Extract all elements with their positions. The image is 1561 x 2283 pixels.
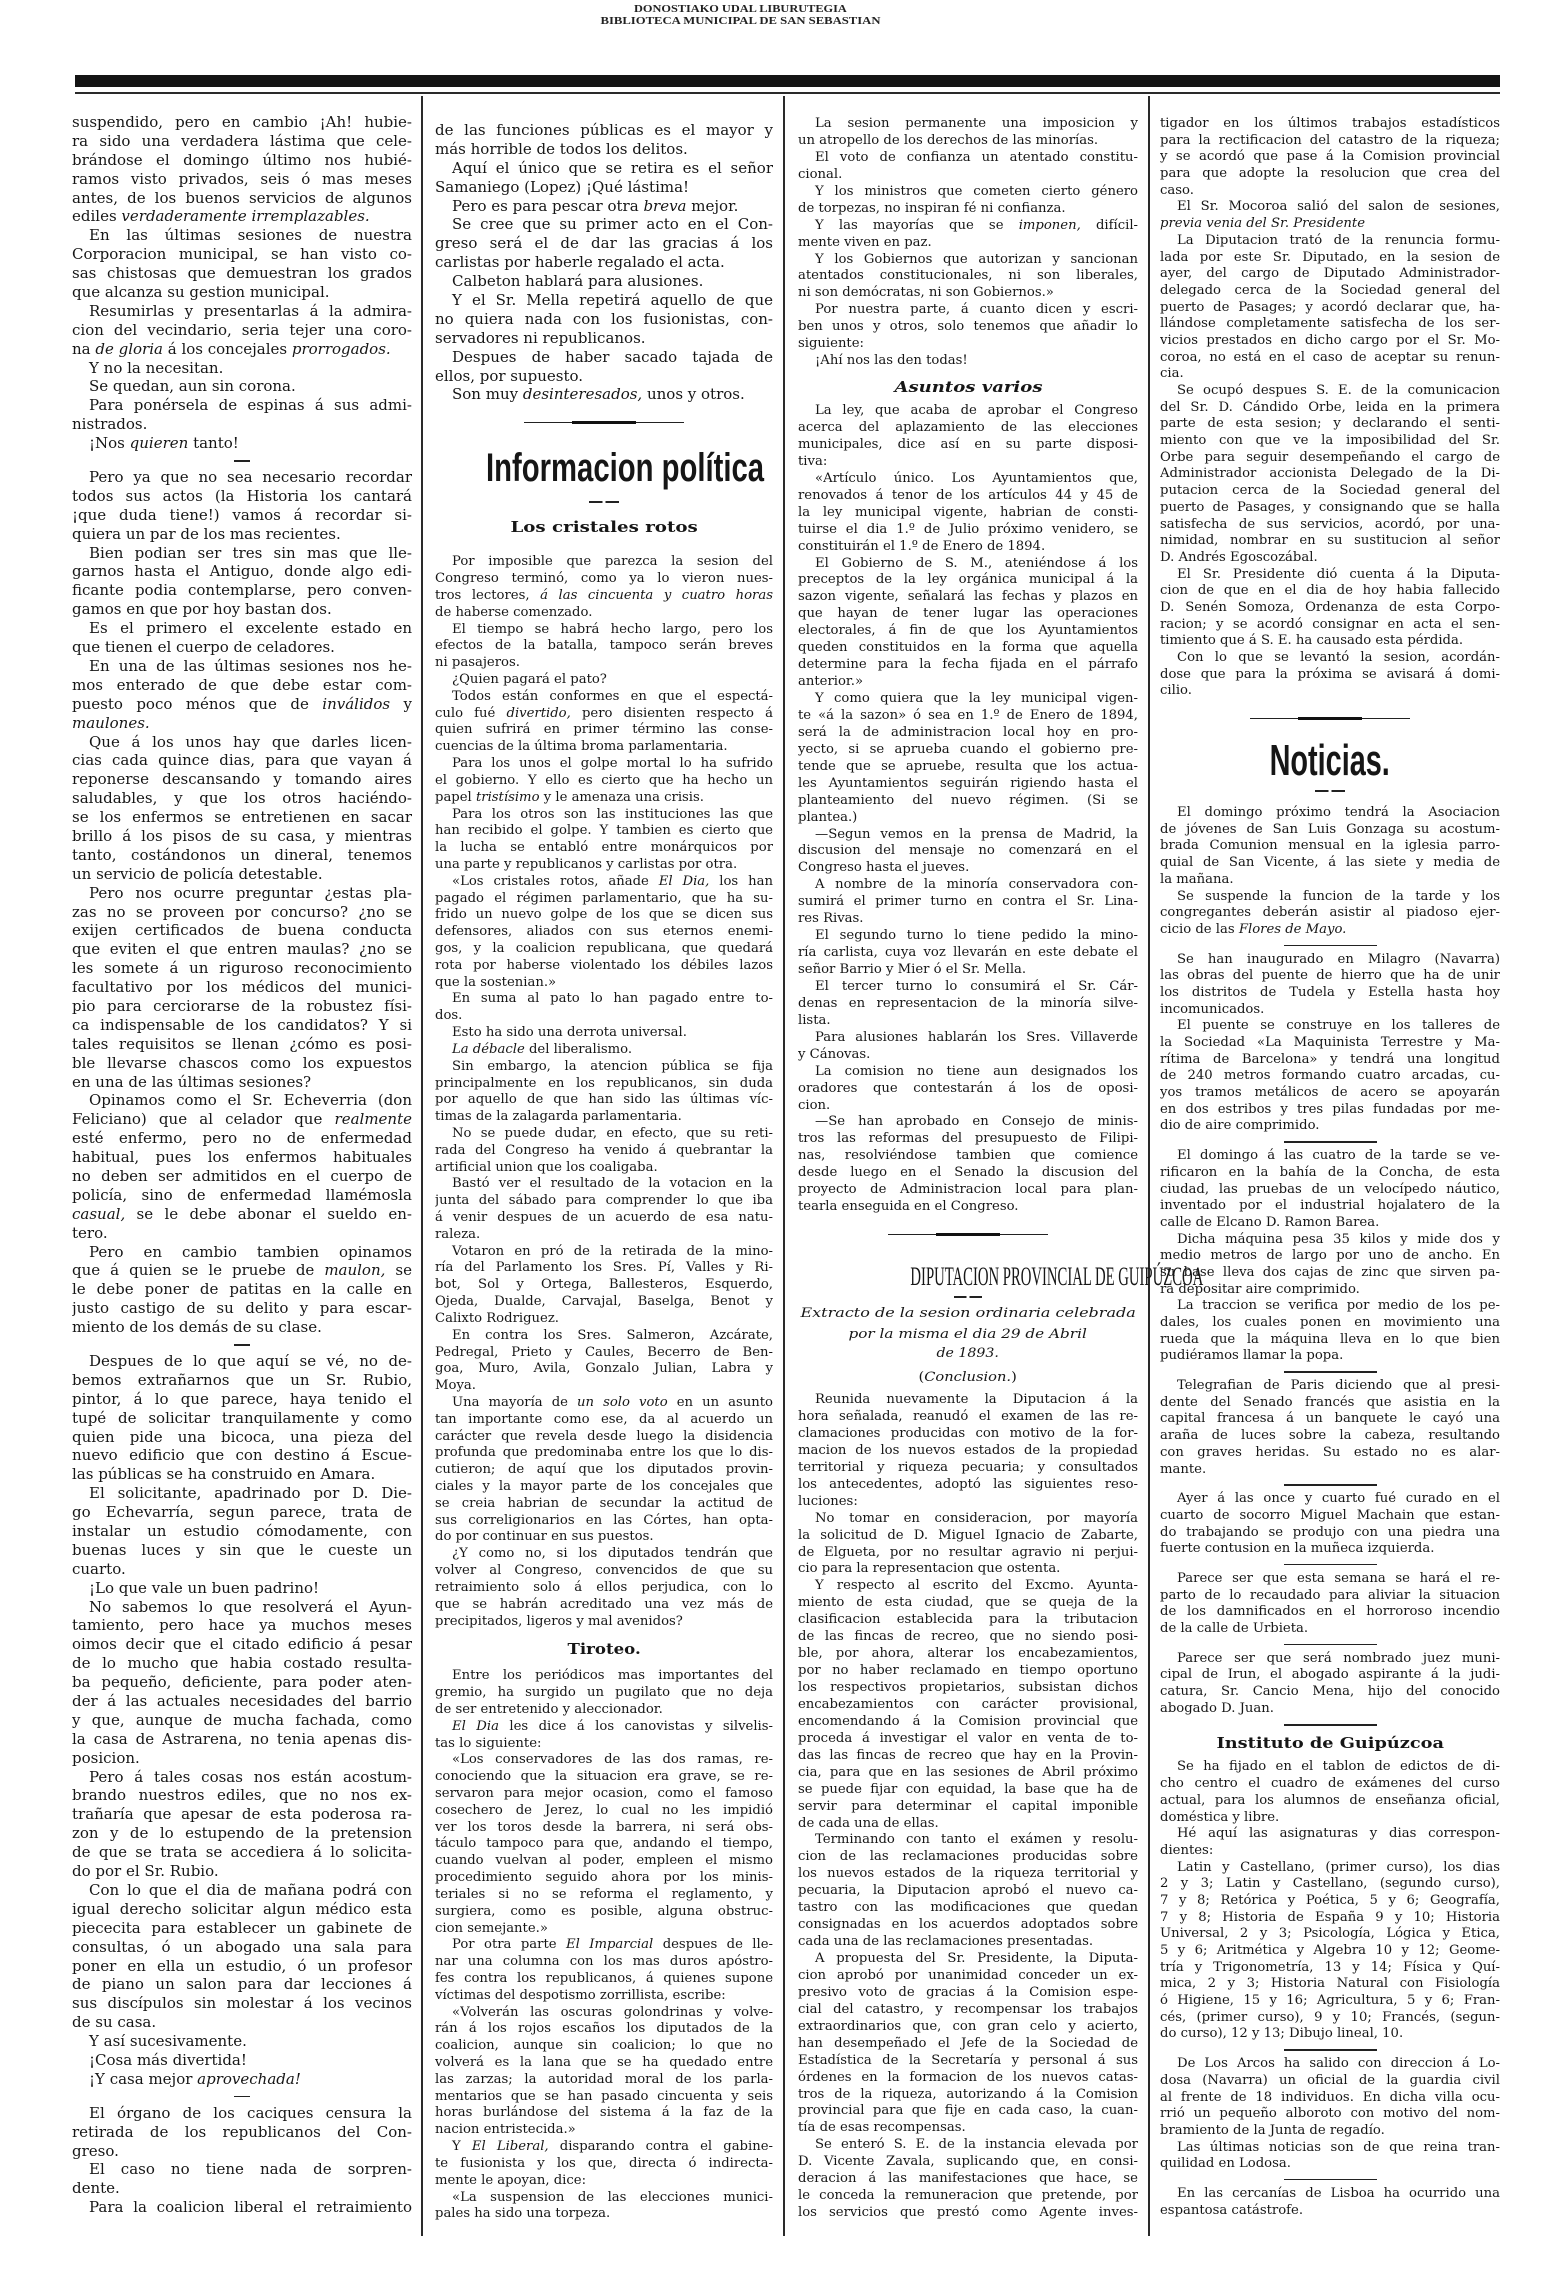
text-line: puesto poco ménos que de inválidos y [72, 695, 412, 714]
section-title: Tiroteo. [435, 1640, 773, 1658]
text-line: Parece ser que será nombrado juez muni- [1160, 1651, 1500, 1668]
text-line: de su casa. [72, 2013, 412, 2032]
text-line: que eviten el que entren maulas? ¿no se [72, 940, 412, 959]
paragraph: Dicha máquina pesa 35 kilos y mide dos y… [1160, 1232, 1500, 1299]
text-line: «Volverán las oscuras golondrinas y volv… [435, 2005, 773, 2022]
paragraph: Pero en cambio tambien opinamosque á qui… [72, 1243, 412, 1337]
text-line: preceptos de la ley orgánica municipal á… [798, 572, 1138, 589]
paragraph: Para ponérsela de espinas á sus admi-nis… [72, 396, 412, 434]
text-line: Entre los periódicos mas importantes del [435, 1668, 773, 1685]
text-line: No tomar en consideracion, por mayoría [798, 1511, 1138, 1528]
text-line: El segundo turno lo tiene pedido la mino… [798, 928, 1138, 945]
column-rule [783, 96, 785, 2236]
text-line: pales ha sido una torpeza. [435, 2206, 773, 2223]
paragraph: Una mayoría de un solo voto en un asunto… [435, 1395, 773, 1546]
section-title-text: Asuntos varios [894, 378, 1042, 396]
divider-line [234, 2096, 250, 2098]
text-line: Y respecto al escrito del Excmo. Ayunta- [798, 1578, 1138, 1595]
text-line: facultativo por los médicos del munici- [72, 978, 412, 997]
text-line: pecuaria, la Diputacion aprobó el nuevo … [798, 1883, 1138, 1900]
text-line: poner en ella un estudio, ó un profesor [72, 1957, 412, 1976]
divider-line [1284, 1644, 1377, 1646]
text-line: ría del Parlamento los Sres. Pí, Valles … [435, 1260, 773, 1277]
paragraph: Pero nos ocurre preguntar ¿estas pla-zas… [72, 884, 412, 1092]
text-line: igual derecho solicitar algun médico est… [72, 1900, 412, 1919]
text-line: dente. [72, 2179, 412, 2198]
text-line: La ley, que acaba de aprobar el Congreso [798, 403, 1138, 420]
text-line: caso. [1160, 183, 1500, 200]
article-column-3: La sesion permanente una imposicion yun … [798, 116, 1138, 2222]
text-line: Orbe para seguir desempeñando el cargo d… [1160, 450, 1500, 467]
text-line: Y El Liberal, disparando contra el gabin… [435, 2139, 773, 2156]
text-line: que se habrán acreditado una vez más de [435, 1597, 773, 1614]
text-line: oradores que contestarán á los de oposi- [798, 1081, 1138, 1098]
paragraph: Es el primero el excelente estado enque … [72, 619, 412, 657]
text-line: satisfecha de sus servicios, acordó, por… [1160, 517, 1500, 534]
section-title-text: Noticias. [1270, 738, 1390, 784]
text-line: Pero ya que no sea necesario recordar [72, 468, 412, 487]
text-line: que alcanza su gestion municipal. [72, 283, 412, 302]
text-line: casual, se le debe abonar el sueldo en- [72, 1205, 412, 1224]
text-line: espantosa catástrofe. [1160, 2203, 1500, 2220]
divider-line [1284, 1484, 1377, 1486]
text-line: le debe poner de patitas en la calle en [72, 1280, 412, 1299]
text-line: Son muy desinteresados, unos y otros. [435, 385, 773, 404]
text-line: servir para determinar el capital imponi… [798, 1799, 1138, 1816]
text-line: consultas, ó un abogado una sala para [72, 1938, 412, 1957]
text-line: Congreso terminó, como ya lo vieron nues… [435, 571, 773, 588]
text-line: timiento que á S. E. ha causado esta pér… [1160, 633, 1500, 650]
text-line: Pero en cambio tambien opinamos [72, 1243, 412, 1262]
paragraph: El Dia les dice á los canovistas y silve… [435, 1719, 773, 1753]
text-line: Bien podian ser tres sin mas que lle- [72, 544, 412, 563]
text-line: araña de luces sobre la cabeza, resultan… [1160, 1428, 1500, 1445]
text-line: ¡Cosa más divertida! [72, 2051, 412, 2070]
section-heading: Asuntos varios [798, 370, 1138, 403]
paragraph: ¡Nos quieren tanto! [72, 434, 412, 453]
text-line: Bastó ver el resultado de la votacion en… [435, 1176, 773, 1193]
text-line: rítima de Barcelona» y tendrá una longit… [1160, 1052, 1500, 1069]
text-line: ayer, del cargo de Diputado Administrado… [1160, 266, 1500, 283]
text-line: será la de administracion local hoy en p… [798, 725, 1138, 742]
divider-line [1284, 2049, 1377, 2051]
text-line: los servicios que prestó como Agente inv… [798, 2205, 1138, 2222]
text-line: no quiera nada con los fusionistas, con- [435, 310, 773, 329]
paragraph: Entre los periódicos mas importantes del… [435, 1668, 773, 1718]
text-line: órdenes en la formacion de los nuevos ca… [798, 2070, 1138, 2087]
paragraph: No tomar en consideracion, por mayoríala… [798, 1511, 1138, 1579]
paragraph: El tercer turno lo consumirá el Sr. Cár-… [798, 979, 1138, 1030]
divider [72, 453, 412, 468]
text-line: tros las reformas del presupuesto de Fil… [798, 1131, 1138, 1148]
paragraph: En suma al pato lo han pagado entre to-d… [435, 991, 773, 1025]
paragraph: «Los conservadores de las dos ramas, re-… [435, 1752, 773, 1937]
deck-line-text: por la misma el dia 29 de Abril [849, 1325, 1087, 1344]
text-line: nistrados. [72, 415, 412, 434]
text-line: El domingo próximo tendrá la Asociacion [1160, 805, 1500, 822]
newspaper-page: DONOSTIAKO UDAL LIBURUTEGIA BIBLIOTECA M… [0, 0, 1561, 2283]
text-line: Se han inaugurado en Milagro (Navarra) [1160, 952, 1500, 969]
text-line: pudiéramos llamar la popa. [1160, 1348, 1500, 1365]
text-line: justo castigo de su delito y para escar- [72, 1299, 412, 1318]
text-line: Para la coalicion liberal el retraimient… [72, 2198, 412, 2217]
text-line: Para alusiones hablarán los Sres. Villav… [798, 1030, 1138, 1047]
text-line: zon y de lo estupendo de la pretension [72, 1824, 412, 1843]
divider [1160, 2043, 1500, 2056]
text-line: Dicha máquina pesa 35 kilos y mide dos y [1160, 1232, 1500, 1249]
text-line: gos, y la coalicion republicana, que que… [435, 941, 773, 958]
text-line: calle de Elcano D. Ramon Barea. [1160, 1215, 1500, 1232]
text-line: 5 y 6; Aritmética y Algebra 10 y 12; Geo… [1160, 1943, 1500, 1960]
paragraph: —Segun vemos en la prensa de Madrid, lad… [798, 827, 1138, 878]
paragraph: El domingo próximo tendrá la Asociaciond… [1160, 805, 1500, 888]
text-line: la Sociedad «La Maquinista Terrestre y M… [1160, 1035, 1500, 1052]
section-heading: DIPUTACION PROVINCIAL DE GUIPÚZCOAExtrac… [798, 1216, 1138, 1392]
paragraph: El tiempo se habrá hecho largo, pero los… [435, 622, 773, 672]
paragraph: Se quedan, aun sin corona. [72, 377, 412, 396]
text-line: piececita para establecer un gabinete de [72, 1919, 412, 1938]
paragraph: Despues de lo que aquí se vé, no de-bemo… [72, 1352, 412, 1484]
text-line: miento de esta ciudad, que se queja de l… [798, 1595, 1138, 1612]
text-line: clamaciones producidas con motivo de la … [798, 1426, 1138, 1443]
text-line: Ojeda, Dualde, Carvajal, Baselga, Benot … [435, 1294, 773, 1311]
text-line: le conceda la remuneracion que pretende,… [798, 2188, 1138, 2205]
paragraph: Parece ser que esta semana se hará el re… [1160, 1571, 1500, 1638]
text-line: Una mayoría de un solo voto en un asunto [435, 1395, 773, 1412]
text-line: de piano un salon para dar lecciones á [72, 1975, 412, 1994]
divider-line [234, 1344, 250, 1346]
text-line: en una de las últimas sesiones? [72, 1073, 412, 1092]
section-title-text: Informacion política [486, 446, 764, 490]
divider-line [1284, 1371, 1377, 1373]
text-line: No se puede dudar, en efecto, que su ret… [435, 1126, 773, 1143]
text-line: Latin y Castellano, (primer curso), los … [1160, 1860, 1500, 1877]
text-line: previa venia del Sr. Presidente [1160, 216, 1500, 233]
section-heading: Tiroteo. [435, 1630, 773, 1668]
text-line: Ayer á las once y cuarto fué curado en e… [1160, 1491, 1500, 1508]
text-line: bot, Sol y Ortega, Ballesteros, Esquerdo… [435, 1277, 773, 1294]
text-line: cosechero de Jerez, lo cual no les impid… [435, 1803, 773, 1820]
text-line: Administrador accionista Delegado de la … [1160, 466, 1500, 483]
text-line: ¡Ahí nos las den todas! [798, 353, 1138, 370]
text-line: En las cercanías de Lisboa ha ocurrido u… [1160, 2186, 1500, 2203]
text-line: Para ponérsela de espinas á sus admi- [72, 396, 412, 415]
text-line: plantea.) [798, 810, 1138, 827]
text-line: quien pide una bicoca, una pieza del [72, 1428, 412, 1447]
text-line: Estadística de la Secretaría y personal … [798, 2053, 1138, 2070]
paragraph: Se enteró S. E. de la instancia elevada … [798, 2137, 1138, 2222]
text-line: han recibido el golpe. Y tambien es cier… [435, 823, 773, 840]
text-line: los nuevos estados de la riqueza territo… [798, 1866, 1138, 1883]
text-line: gremio, ha surgido un pugilato que no de… [435, 1685, 773, 1702]
text-line: ¿Quien pagará el pato? [435, 672, 773, 689]
section-title-text: Tiroteo. [567, 1640, 640, 1658]
text-line: todos sus actos (la Historia los cantará [72, 487, 412, 506]
text-line: tas lo siguiente: [435, 1736, 773, 1753]
text-line: La traccion se verifica por medio de los… [1160, 1298, 1500, 1315]
text-line: nacion entristecida.» [435, 2122, 773, 2139]
text-line: los antecedentes, adoptó las siguientes … [798, 1477, 1138, 1494]
text-line: El Gobierno de S. M., ateniéndose á los [798, 556, 1138, 573]
paragraph: ¡Lo que vale un buen padrino! [72, 1579, 412, 1598]
text-line: No sabemos lo que resolverá el Ayun- [72, 1598, 412, 1617]
text-line: mente viven en paz. [798, 235, 1138, 252]
text-line: les Ayuntamientos seguirán rigiendo hast… [798, 776, 1138, 793]
text-line: de que se trata se accediera á lo solici… [72, 1843, 412, 1862]
section-title-text: Instituto de Guipúzcoa [1216, 1734, 1443, 1752]
text-line: Congreso hasta el jueves. [798, 860, 1138, 877]
text-line: oimos decir que el citado edificio á pes… [72, 1635, 412, 1654]
stamp-line-2: BIBLIOTECA MUNICIPAL DE SAN SEBASTIAN [540, 16, 940, 28]
text-line: D. Senén Somoza, Ordenanza de esta Corpo… [1160, 600, 1500, 617]
text-line: El caso no tiene nada de sorpren- [72, 2160, 412, 2179]
text-line: frido un nuevo golpe de los que se dicen… [435, 907, 773, 924]
text-line: ni son demócratas, ni son Gobiernos.» [798, 285, 1138, 302]
short-rule [954, 1296, 982, 1298]
text-line: Calixto Rodriguez. [435, 1311, 773, 1328]
text-line: ramos visto privados, seis ó mas meses [72, 170, 412, 189]
text-line: raleza. [435, 1227, 773, 1244]
text-line: Votaron en pró de la retirada de la mino… [435, 1244, 773, 1261]
section-heading: Noticias. [1160, 700, 1500, 805]
text-line: por aquello de que han sido las últimas … [435, 1092, 773, 1109]
text-line: ble llevarse chascos como los expuestos [72, 1054, 412, 1073]
paragraph: Calbeton hablará para alusiones. [435, 272, 773, 291]
divider-line [1284, 1141, 1377, 1143]
text-line: del Sr. D. Cándido Orbe, leida en la pri… [1160, 400, 1500, 417]
text-line: ciales y la mayor parte de los concejale… [435, 1479, 773, 1496]
text-line: Pero es para pescar otra breva mejor. [435, 197, 773, 216]
text-line: siguiente: [798, 336, 1138, 353]
text-line: más horrible de todos los delitos. [435, 140, 773, 159]
text-line: medio metros de largo por uno de ancho. … [1160, 1248, 1500, 1265]
text-line: dos. [435, 1008, 773, 1025]
text-line: nas, resolviéndose tambien que comience [798, 1148, 1138, 1165]
paragraph: No sabemos lo que resolverá el Ayun-tami… [72, 1598, 412, 1768]
section-heading: Instituto de Guipúzcoa [1160, 1717, 1500, 1759]
paragraph: ¡Y casa mejor aprovechada! [72, 2070, 412, 2089]
text-line: En contra los Sres. Salmeron, Azcárate, [435, 1328, 773, 1345]
text-line: Esto ha sido una derrota universal. [435, 1025, 773, 1042]
text-line: parto de lo recaudado para aliviar la si… [1160, 1588, 1500, 1605]
text-line: vicios prestados en dicho cargo por el S… [1160, 333, 1500, 350]
column-rule [421, 96, 423, 2236]
text-line: incomunicados. [1160, 1002, 1500, 1019]
text-line: ca indispensable de los candidatos? Y si [72, 1016, 412, 1035]
text-line: «Los conservadores de las dos ramas, re- [435, 1752, 773, 1769]
text-line: pintor, á lo que parece, haya tenido el [72, 1390, 412, 1409]
text-line: esté enfermo, pero no de enfermedad [72, 1129, 412, 1148]
text-line: encabezamientos con carácter provisional… [798, 1697, 1138, 1714]
paragraph: ¡Cosa más divertida! [72, 2051, 412, 2070]
text-line: clasificacion establecida para la tribut… [798, 1612, 1138, 1629]
text-line: ficante podia contemplarse, pero conven- [72, 581, 412, 600]
paragraph: Sin embargo, la atencion pública se fija… [435, 1059, 773, 1126]
text-line: Aquí el único que se retira es el señor [435, 159, 773, 178]
text-line: tía de esas recompensas. [798, 2120, 1138, 2137]
text-line: rán á los rojos escaños los diputados de… [435, 2021, 773, 2038]
text-line: A propuesta del Sr. Presidente, la Diput… [798, 1951, 1138, 1968]
text-line: yecto, si se aprueba cuando el gobierno … [798, 742, 1138, 759]
text-line: con graves heridas. Su estado no es alar… [1160, 1445, 1500, 1462]
paragraph: El Gobierno de S. M., ateniéndose á losp… [798, 556, 1138, 692]
ornament-rule [1284, 1724, 1377, 1726]
text-line: Pero nos ocurre preguntar ¿estas pla- [72, 884, 412, 903]
paragraph: Por nuestra parte, á cuanto dicen y escr… [798, 302, 1138, 353]
text-line: tamiento, pero hace ya muchos meses [72, 1616, 412, 1635]
text-line: ¡Lo que vale un buen padrino! [72, 1579, 412, 1598]
divider-line [1284, 1564, 1377, 1566]
text-line: Despues de haber sacado tajada de [435, 348, 773, 367]
text-line: habitual, pues los enfermos habituales [72, 1148, 412, 1167]
text-line: delegado cerca de la Sociedad general de… [1160, 283, 1500, 300]
text-line: cipal de Irun, el abogado aspirante á la… [1160, 1667, 1500, 1684]
text-line: lista. [798, 1013, 1138, 1030]
text-line: goa, Muro, Avila, Gonzalo Julian, Labra … [435, 1361, 773, 1378]
text-line: cés, (primer curso), 9 y 10; Francés, (s… [1160, 2010, 1500, 2027]
text-line: te «á la sazon» ó sea en 1.º de Enero de… [798, 708, 1138, 725]
text-line: Y las mayorías que se imponen, difícil- [798, 218, 1138, 235]
text-line: greso. [72, 2142, 412, 2161]
text-line: Y los Gobiernos que autorizan y sanciona… [798, 252, 1138, 269]
text-line: macion de los nuevos estados de la propi… [798, 1443, 1138, 1460]
paragraph: Esto ha sido una derrota universal. [435, 1025, 773, 1042]
text-line: dente del Senado francés que asistia en … [1160, 1395, 1500, 1412]
text-line: surgiera, como es posible, alguna obstru… [435, 1904, 773, 1921]
paragraph: Opinamos como el Sr. Echeverria (donFeli… [72, 1091, 412, 1242]
text-line: abogado D. Juan. [1160, 1701, 1500, 1718]
text-line: 7 y 8; Historia de España 9 y 10; Histor… [1160, 1910, 1500, 1927]
text-line: de ser entretenido y aleccionador. [435, 1702, 773, 1719]
paragraph: Y los ministros que cometen cierto géner… [798, 184, 1138, 218]
divider [1160, 1135, 1500, 1148]
text-line: cial del catastro, y recompensar los tra… [798, 2002, 1138, 2019]
text-line: El domingo á las cuatro de la tarde se v… [1160, 1148, 1500, 1165]
text-line: Se suspende la funcion de la tarde y los [1160, 889, 1500, 906]
text-line: dose que para la próxima se avisará á do… [1160, 667, 1500, 684]
paragraph: Pero ya que no sea necesario recordartod… [72, 468, 412, 544]
text-line: go Echevarría, segun parece, trata de [72, 1503, 412, 1522]
text-line: «Los cristales rotos, añade El Dia, los … [435, 874, 773, 891]
text-line: saludables, y que los otros haciéndo- [72, 789, 412, 808]
text-line: las públicas se ha construido en Amara. [72, 1465, 412, 1484]
text-line: una parte y republicanos y carlistas por… [435, 857, 773, 874]
paragraph: En las cercanías de Lisboa ha ocurrido u… [1160, 2186, 1500, 2219]
text-line: de la calle de Urbieta. [1160, 1621, 1500, 1638]
text-line: discusion del mensaje no comenzará en el [798, 843, 1138, 860]
text-line: tiva: [798, 454, 1138, 471]
text-line: volverá es la lana que se ha quedado ent… [435, 2055, 773, 2072]
paragraph: La Diputacion trató de la renuncia formu… [1160, 233, 1500, 383]
divider [1160, 939, 1500, 952]
text-line: ó Higiene, 15 y 16; Agricultura, 5 y 6; … [1160, 1993, 1500, 2010]
text-line: mente le apoyan, dice: [435, 2173, 773, 2190]
text-line: na de gloria á los concejales prorrogado… [72, 340, 412, 359]
paragraph: Se suspende la funcion de la tarde y los… [1160, 889, 1500, 939]
text-line: Pedregal, Prieto y Caules, Becerro de Be… [435, 1345, 773, 1362]
text-line: Corporacion municipal, se han visto co- [72, 245, 412, 264]
paragraph: «La suspension de las elecciones munici-… [435, 2190, 773, 2224]
text-line: de torpezas, no inspiran fé ni confianza… [798, 201, 1138, 218]
divider [72, 1337, 412, 1352]
text-line: En suma al pato lo han pagado entre to- [435, 991, 773, 1008]
divider [1160, 2173, 1500, 2186]
deck-line-text: de 1893. [937, 1344, 999, 1363]
paragraph: Por otra parte El Imparcial despues de l… [435, 1937, 773, 2004]
paragraph: En una de las últimas sesiones nos he-mo… [72, 657, 412, 733]
text-line: El puente se construye en los talleres d… [1160, 1018, 1500, 1035]
text-line: Opinamos como el Sr. Echeverria (don [72, 1091, 412, 1110]
text-line: brillo á los pisos de su casa, y mientra… [72, 827, 412, 846]
text-line: sus correligionarios en las Córtes, han … [435, 1513, 773, 1530]
text-line: se los enfermos se entretienen en sacar [72, 808, 412, 827]
text-line: al frente de 18 individuos. En dicha vil… [1160, 2090, 1500, 2107]
text-line: Con lo que se levantó la sesion, acordán… [1160, 650, 1500, 667]
paragraph: El puente se construye en los talleres d… [1160, 1018, 1500, 1135]
paragraph: La ley, que acaba de aprobar el Congreso… [798, 403, 1138, 471]
text-line: te fusionista y los que, directa ó indir… [435, 2156, 773, 2173]
deck-line: de 1893. [798, 1344, 1138, 1363]
paragraph: Con lo que el dia de mañana podrá conigu… [72, 1881, 412, 2032]
deck-line: por la misma el dia 29 de Abril [798, 1325, 1138, 1344]
paragraph: El domingo á las cuatro de la tarde se v… [1160, 1148, 1500, 1231]
text-line: de las fincas de recreo, que no siendo p… [798, 1629, 1138, 1646]
ornament-rule [1250, 717, 1410, 720]
text-line: volver al Congreso, convencidos de que s… [435, 1563, 773, 1580]
paragraph: Ayer á las once y cuarto fué curado en e… [1160, 1491, 1500, 1558]
paragraph: Aquí el único que se retira es el señorS… [435, 159, 773, 197]
divider [72, 2089, 412, 2104]
text-line: La débacle del liberalismo. [435, 1042, 773, 1059]
paragraph: No se puede dudar, en efecto, que su ret… [435, 1126, 773, 1176]
text-line: trañaría que apesar de esta poderosa ra- [72, 1805, 412, 1824]
paragraph: Bien podian ser tres sin mas que lle-gar… [72, 544, 412, 620]
text-line: 7 y 8; Retórica y Poética, 5 y 6; Geogra… [1160, 1893, 1500, 1910]
paragraph: Se cree que su primer acto en el Con-gre… [435, 215, 773, 272]
text-line: sumirá el primer turno en contra el Sr. … [798, 894, 1138, 911]
text-line: á venir despues de un acuerdo de esa nat… [435, 1210, 773, 1227]
paragraph: ¿Y como no, si los diputados tendrán que… [435, 1546, 773, 1630]
text-line: coroa, no está en el caso de aceptar su … [1160, 350, 1500, 367]
text-line: reponerse descansando y tomando aires [72, 770, 412, 789]
text-line: Y no la necesitan. [72, 359, 412, 378]
text-line: De Los Arcos ha salido con direccion á L… [1160, 2056, 1500, 2073]
section-title: Noticias. [1160, 738, 1500, 784]
text-line: servaron para mejor ocasion, como el fam… [435, 1786, 773, 1803]
text-line: actual, para los alumnos de enseñanza of… [1160, 1793, 1500, 1810]
text-line: cion de las reclamaciones producidas sob… [798, 1849, 1138, 1866]
paragraph: Despues de haber sacado tajada deellos, … [435, 348, 773, 386]
text-line: lada por este Sr. Diputado, en la sesion… [1160, 250, 1500, 267]
text-line: cia, para que en las sesiones de Abril p… [798, 1765, 1138, 1782]
text-line: El tiempo se habrá hecho largo, pero los [435, 622, 773, 639]
text-line: Para los unos el golpe mortal lo ha sufr… [435, 756, 773, 773]
text-line: gamos en que por hoy bastan dos. [72, 600, 412, 619]
text-line: cuarto. [72, 1560, 412, 1579]
text-line: das las fincas de recreo que hay en la P… [798, 1748, 1138, 1765]
section-heading: Informacion políticaLos cristales rotos [435, 404, 773, 554]
text-line: ¡que duda tiene!) vamos á recordar si- [72, 506, 412, 525]
text-line: rrió un pequeño alboroto con motivo del … [1160, 2106, 1500, 2123]
text-line: proceda á investigar el valor en venta d… [798, 1731, 1138, 1748]
text-line: Hé aquí las asignaturas y dias correspon… [1160, 1826, 1500, 1843]
text-line: se creia habrian de secundar la actitud … [435, 1496, 773, 1513]
text-line: Feliciano) que al celador que realmente [72, 1110, 412, 1129]
text-line: yos tramos metálicos de acero se apoyará… [1160, 1085, 1500, 1102]
stamp-line-2-text: BIBLIOTECA MUNICIPAL DE SAN SEBASTIAN [600, 16, 880, 28]
text-line: nimidad, nomb­rar en su sustitucion al s… [1160, 533, 1500, 550]
section-note-text: (Conclusion.) [919, 1368, 1017, 1387]
